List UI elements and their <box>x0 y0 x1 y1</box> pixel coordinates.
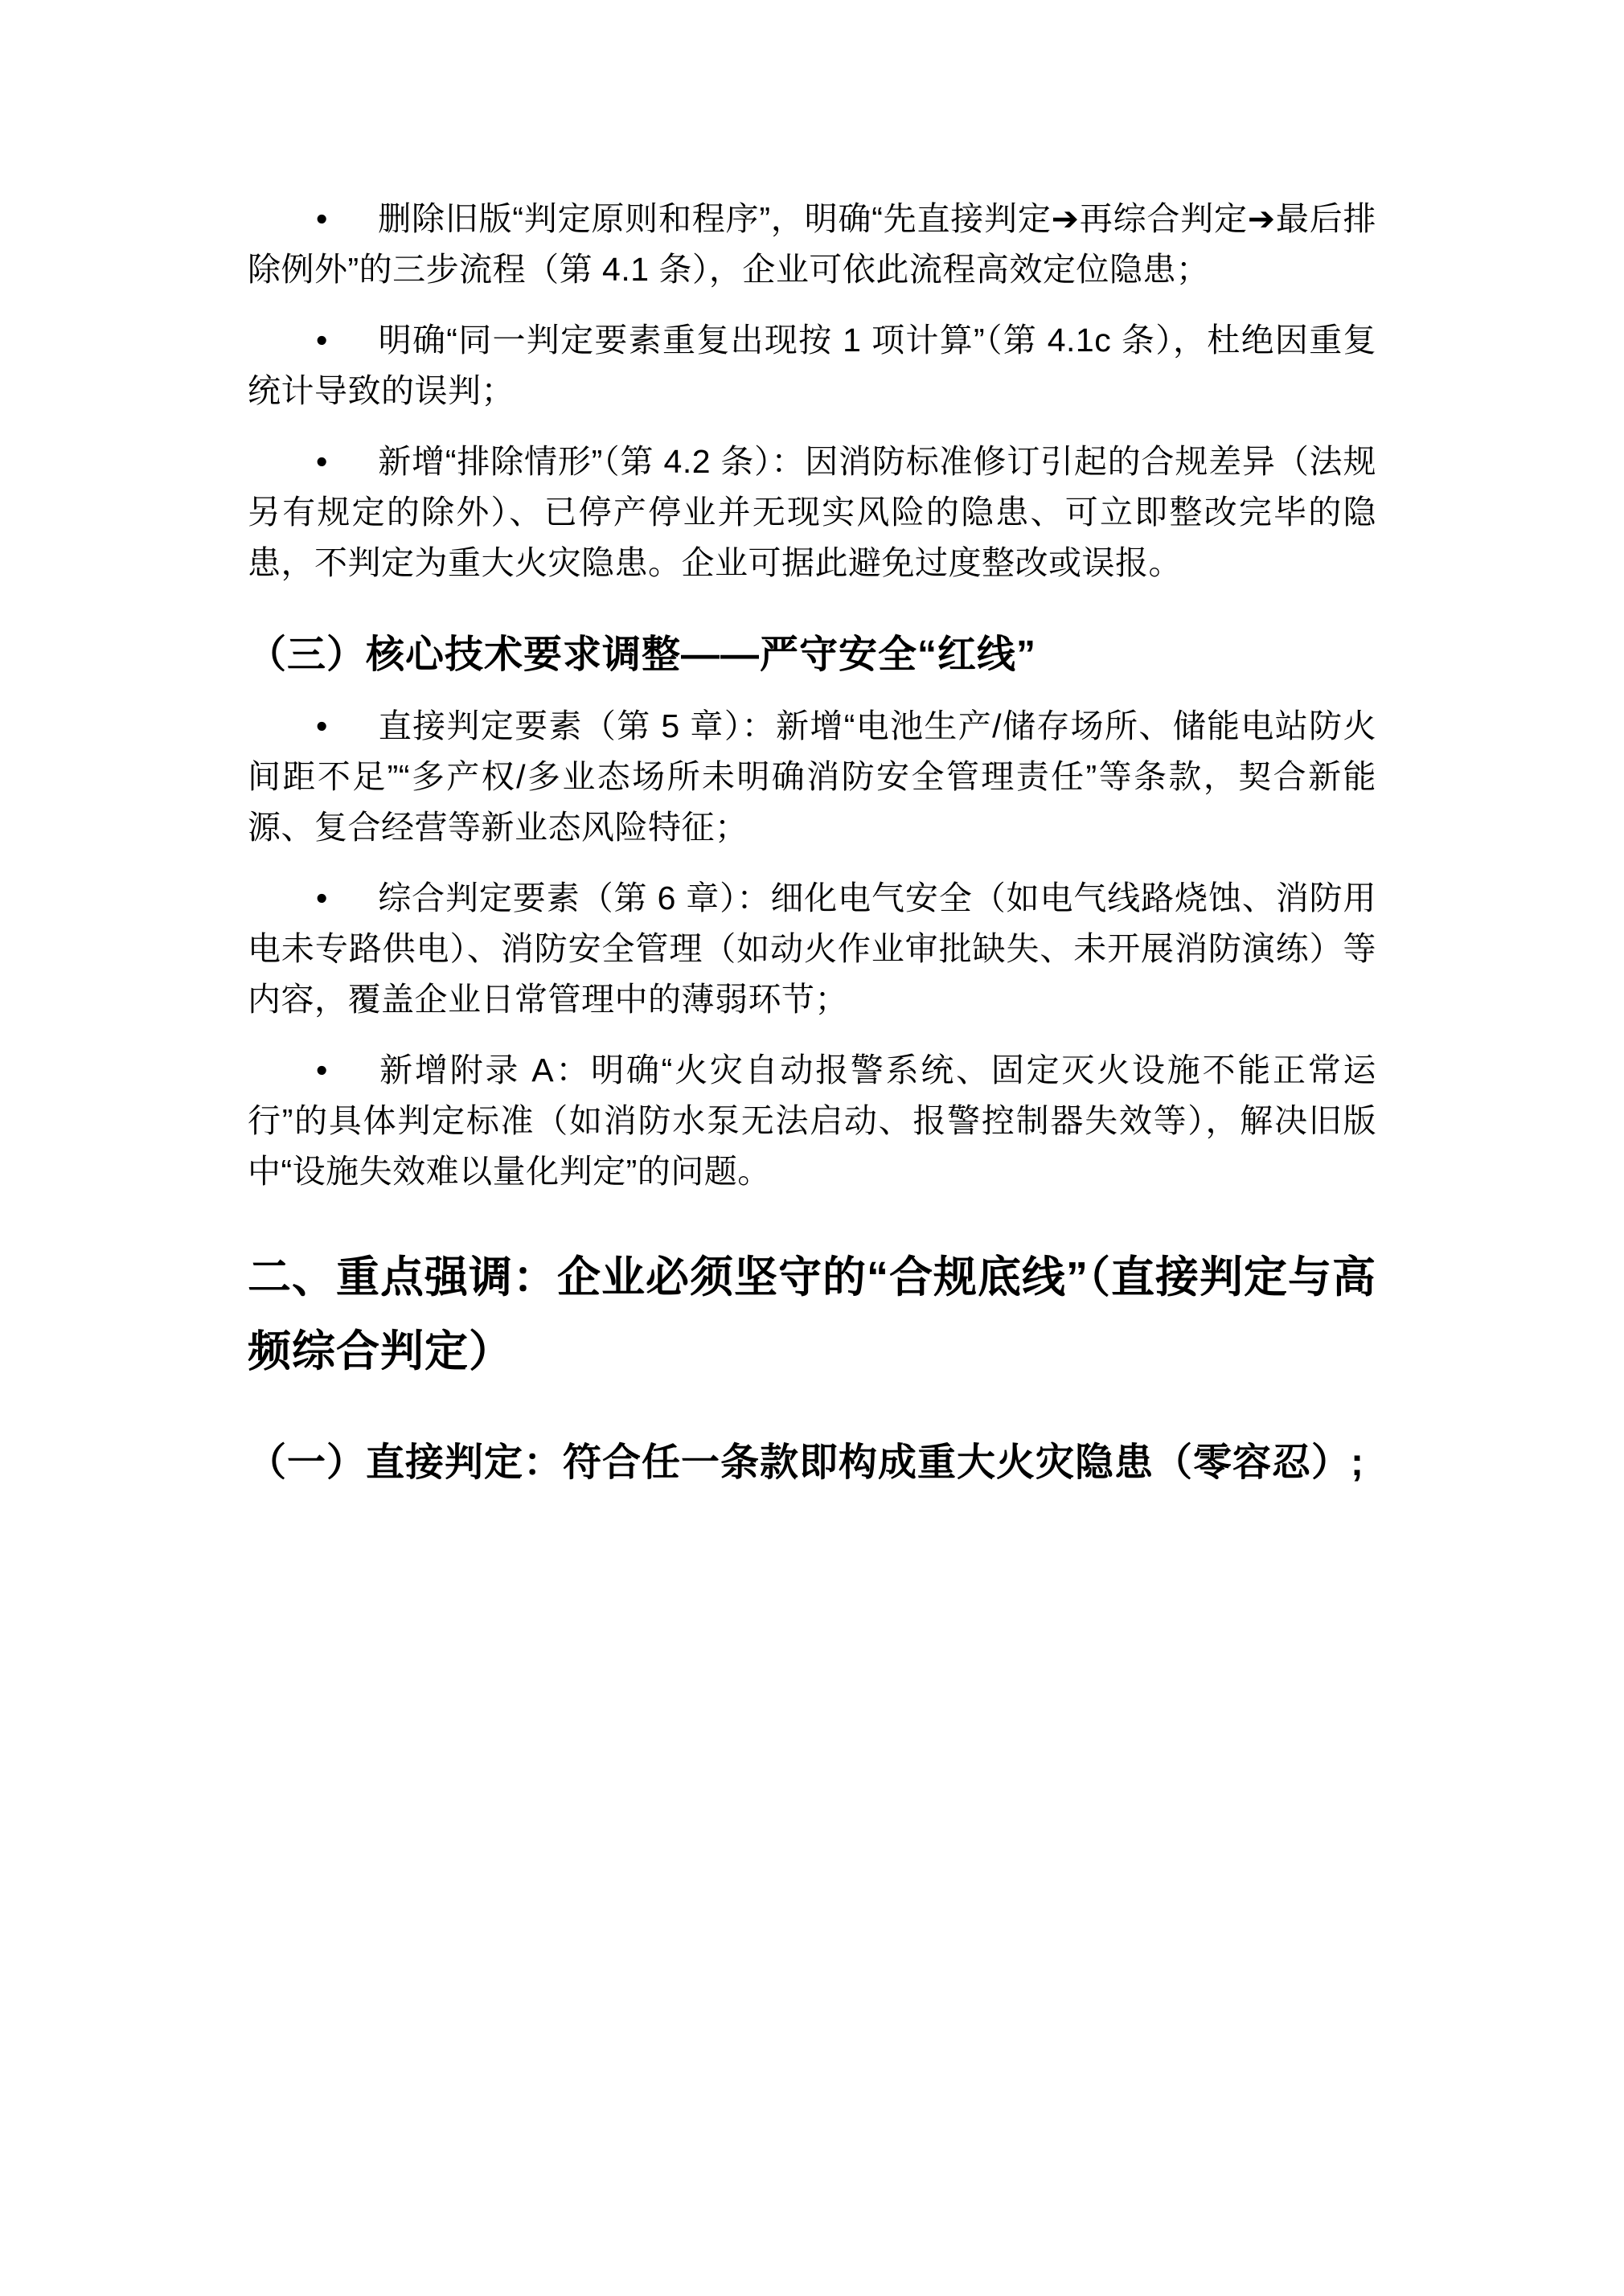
paragraph-text: 直接判定要素（第 5 章）：新增“电池生产/储存场所、储能电站防火间距不足”“多… <box>248 707 1376 846</box>
paragraph-text: 删除旧版“判定原则和程序”，明确“先直接判定➔再综合判定➔最后排除例外”的三步流… <box>248 200 1376 288</box>
bullet-paragraph: •新增“排除情形”（第 4.2 条）：因消防标准修订引起的合规差异（法规另有规定… <box>248 437 1376 588</box>
bullet-paragraph: •明确“同一判定要素重复出现按 1 项计算”（第 4.1c 条），杜绝因重复统计… <box>248 315 1376 416</box>
chapter-heading-key-compliance-bottom-line: 二、重点强调：企业必须坚守的“合规底线”（直接判定与高频综合判定） <box>248 1240 1376 1388</box>
bullet-paragraph: •新增附录 A：明确“火灾自动报警系统、固定灭火设施不能正常运行”的具体判定标准… <box>248 1045 1376 1197</box>
paragraph-text: 新增“排除情形”（第 4.2 条）：因消防标准修订引起的合规差异（法规另有规定的… <box>248 443 1376 581</box>
bullet-paragraph: •综合判定要素（第 6 章）：细化电气安全（如电气线路烧蚀、消防用电未专路供电）… <box>248 873 1376 1025</box>
section-heading-core-technical-requirements: （三）核心技术要求调整——严守安全“红线” <box>248 627 1376 683</box>
bullet-marker: • <box>316 200 328 237</box>
paragraph-text: 明确“同一判定要素重复出现按 1 项计算”（第 4.1c 条），杜绝因重复统计导… <box>248 322 1376 409</box>
bullet-marker: • <box>316 443 328 480</box>
bullet-marker: • <box>316 1052 328 1089</box>
paragraph-text: 新增附录 A：明确“火灾自动报警系统、固定灭火设施不能正常运行”的具体判定标准（… <box>248 1052 1376 1190</box>
document-page: •删除旧版“判定原则和程序”，明确“先直接判定➔再综合判定➔最后排除例外”的三步… <box>0 0 1624 2296</box>
paragraph-text: 综合判定要素（第 6 章）：细化电气安全（如电气线路烧蚀、消防用电未专路供电）、… <box>248 879 1376 1018</box>
bullet-marker: • <box>316 879 328 916</box>
bullet-paragraph: •删除旧版“判定原则和程序”，明确“先直接判定➔再综合判定➔最后排除例外”的三步… <box>248 194 1376 295</box>
section-heading-direct-determination: （一）直接判定：符合任一条款即构成重大火灾隐患（零容忍）; <box>248 1435 1376 1491</box>
bullet-marker: • <box>316 322 328 359</box>
bullet-marker: • <box>316 707 328 744</box>
bullet-paragraph: •直接判定要素（第 5 章）：新增“电池生产/储存场所、储能电站防火间距不足”“… <box>248 701 1376 853</box>
